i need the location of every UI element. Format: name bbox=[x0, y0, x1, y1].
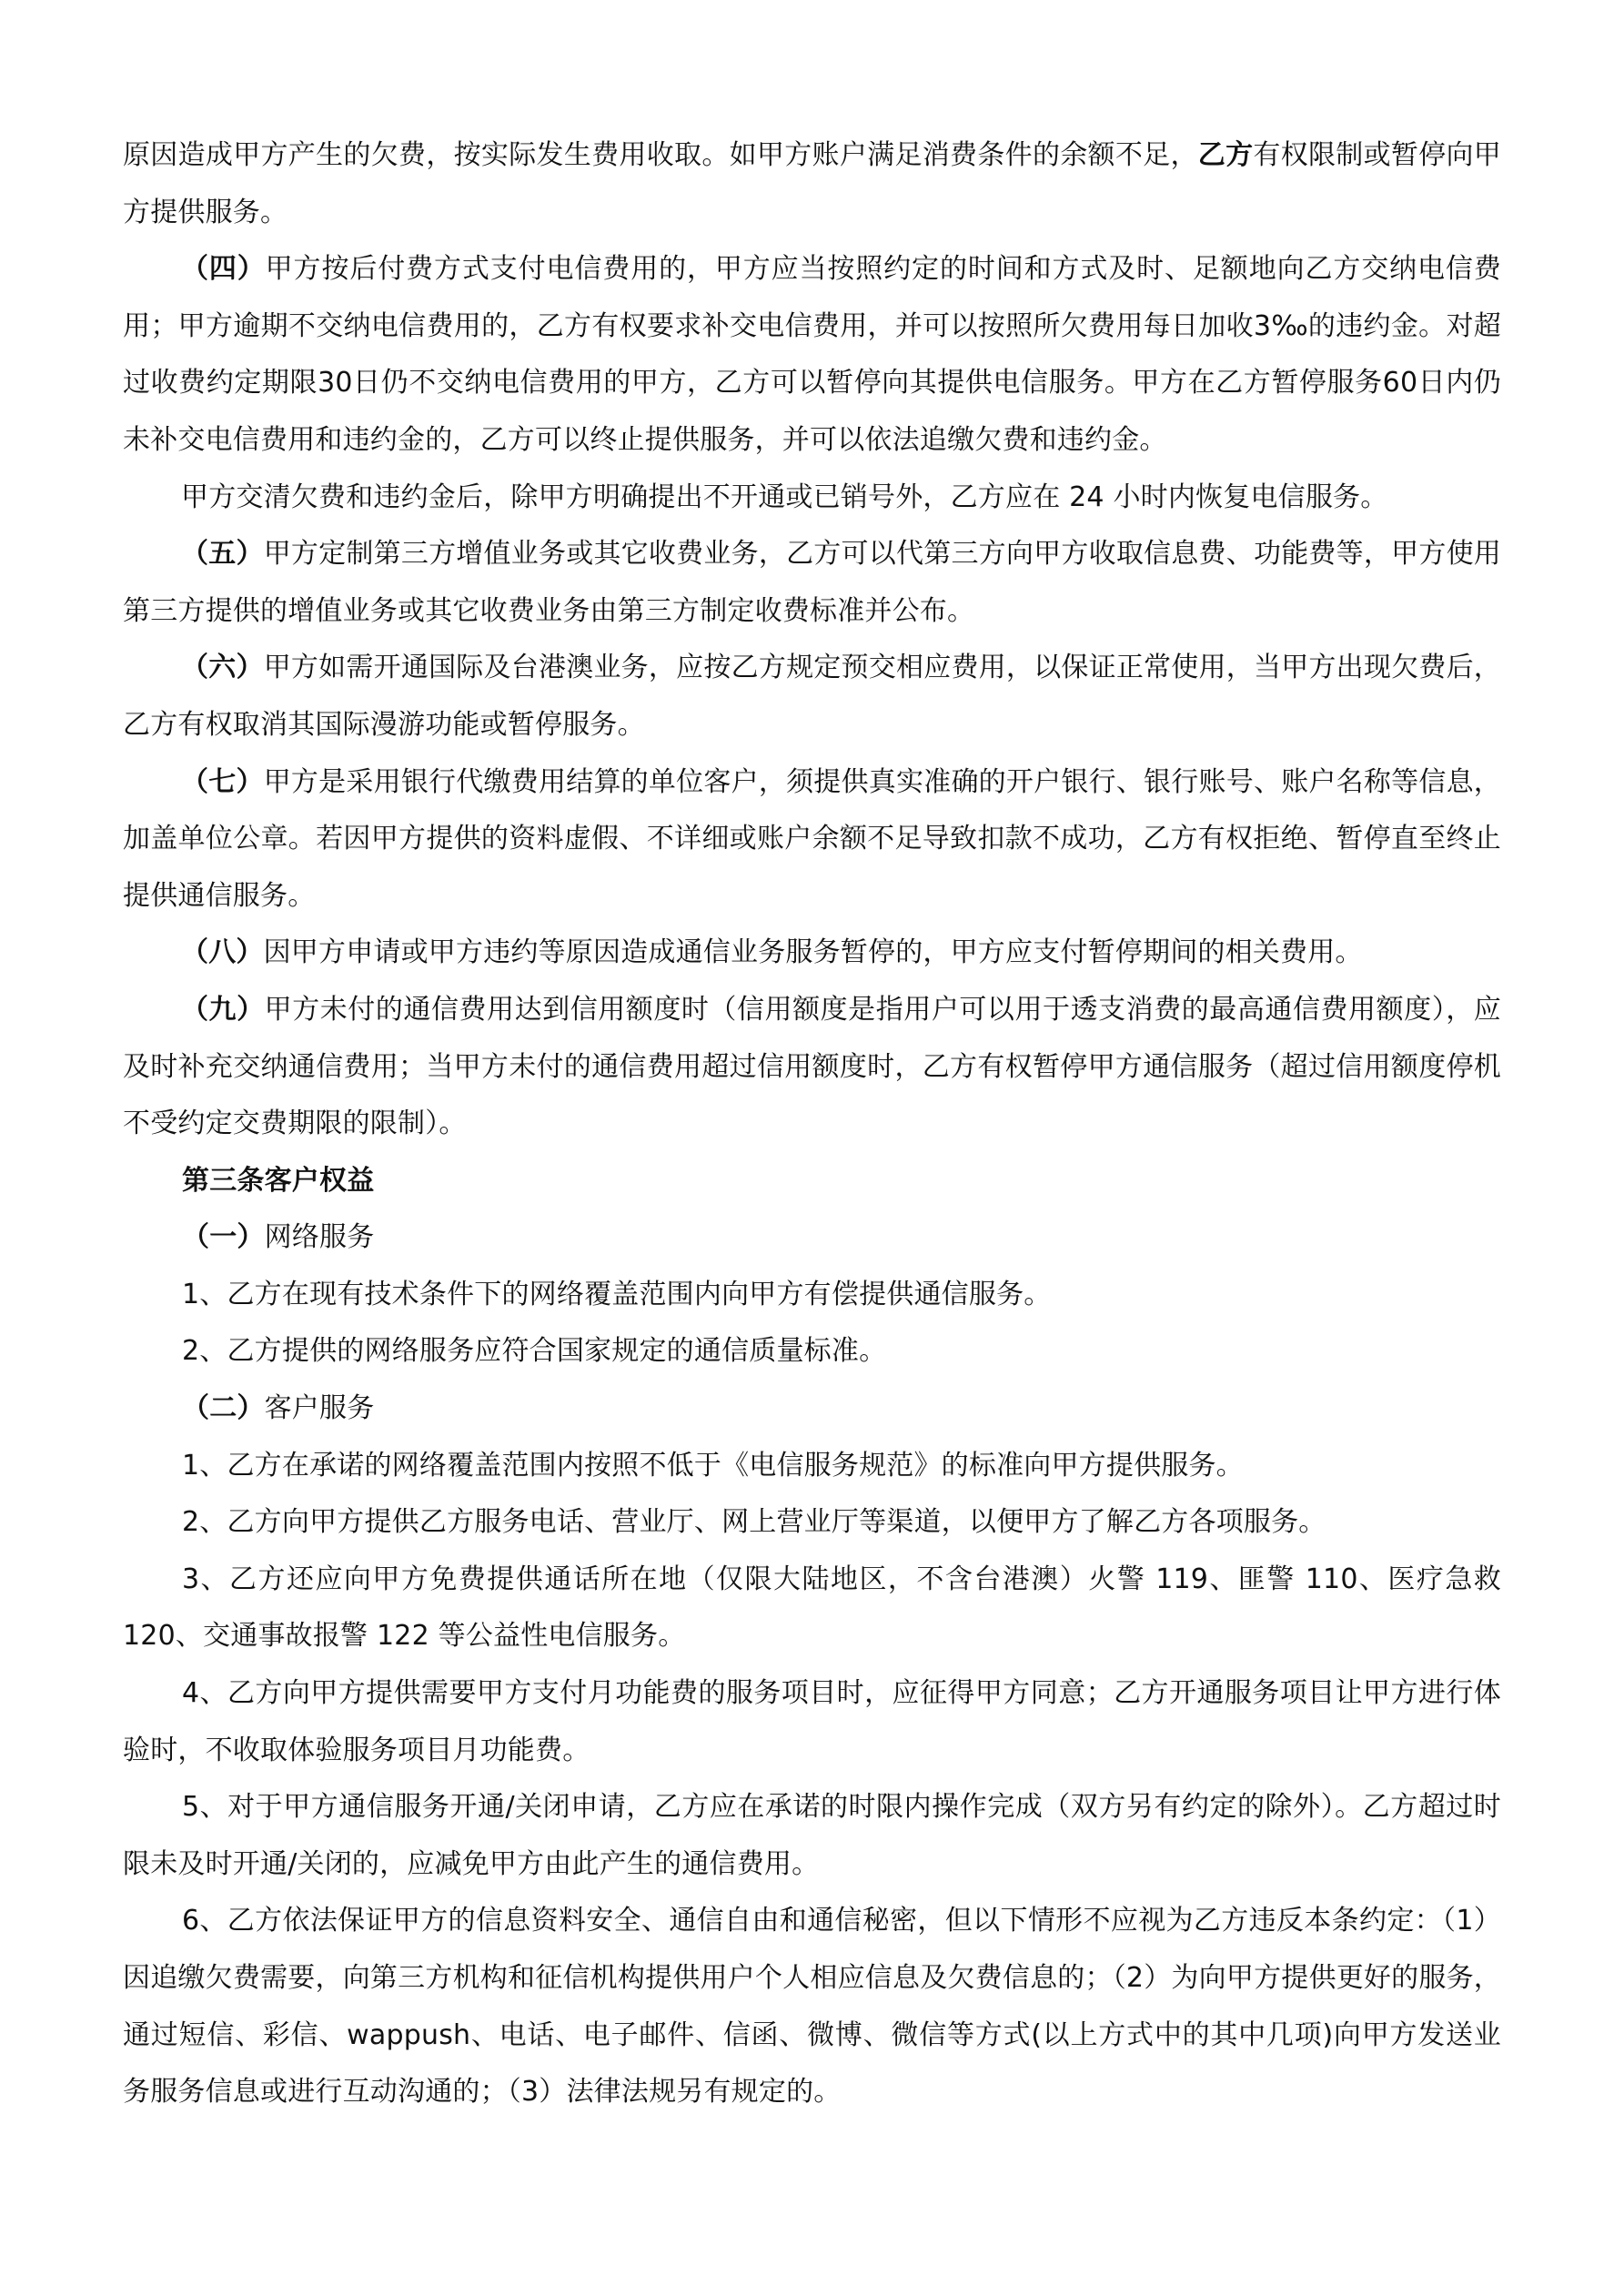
subsection-customer-service: （二）客户服务 bbox=[123, 1381, 1501, 1438]
subsection-network-service: （一）网络服务 bbox=[123, 1209, 1501, 1267]
list-item: 1、乙方在现有技术条件下的网络覆盖范围内向甲方有偿提供通信服务。 bbox=[123, 1267, 1501, 1324]
list-item: 5、对于甲方通信服务开通/关闭申请，乙方应在承诺的时限内操作完成（双方另有约定的… bbox=[123, 1779, 1501, 1893]
clause-text: 甲方定制第三方增值业务或其它收费业务，乙方可以代第三方向甲方收取信息费、功能费等… bbox=[123, 538, 1501, 627]
paragraph-overdue-continuation: 原因造成甲方产生的欠费，按实际发生费用收取。如甲方账户满足消费条件的余额不足，乙… bbox=[123, 127, 1501, 241]
clause-text: 甲方按后付费方式支付电信费用的，甲方应当按照约定的时间和方式及时、足额地向乙方交… bbox=[123, 253, 1501, 456]
clause-label: （八） bbox=[181, 936, 264, 968]
clause-7-bank-payment: （七）甲方是采用银行代缴费用结算的单位客户，须提供真实准确的开户银行、银行账号、… bbox=[123, 754, 1501, 925]
paragraph-service-restore: 甲方交清欠费和违约金后，除甲方明确提出不开通或已销号外，乙方应在 24 小时内恢… bbox=[123, 470, 1501, 527]
clause-text: 甲方如需开通国际及台港澳业务，应按乙方规定预交相应费用，以保证正常使用，当甲方出… bbox=[123, 652, 1501, 741]
clause-label: （九） bbox=[181, 994, 265, 1026]
clause-6-international: （六）甲方如需开通国际及台港澳业务，应按乙方规定预交相应费用，以保证正常使用，当… bbox=[123, 640, 1501, 754]
clause-9-credit-limit: （九）甲方未付的通信费用达到信用额度时（信用额度是指用户可以用于透支消费的最高通… bbox=[123, 982, 1501, 1153]
clause-5-third-party: （五）甲方定制第三方增值业务或其它收费业务，乙方可以代第三方向甲方收取信息费、功… bbox=[123, 526, 1501, 640]
subsection-label: （一） bbox=[182, 1221, 265, 1253]
paragraph-text: 甲方交清欠费和违约金后，除甲方明确提出不开通或已销号外，乙方应在 24 小时内恢… bbox=[181, 481, 1387, 513]
clause-text: 因甲方申请或甲方违约等原因造成通信业务服务暂停的，甲方应支付暂停期间的相关费用。 bbox=[264, 936, 1363, 968]
clause-text: 甲方未付的通信费用达到信用额度时（信用额度是指用户可以用于透支消费的最高通信费用… bbox=[123, 994, 1501, 1139]
list-item: 6、乙方依法保证甲方的信息资料安全、通信自由和通信秘密，但以下情形不应视为乙方违… bbox=[123, 1893, 1501, 2120]
list-item: 2、乙方提供的网络服务应符合国家规定的通信质量标准。 bbox=[123, 1323, 1501, 1381]
list-item: 2、乙方向甲方提供乙方服务电话、营业厅、网上营业厅等渠道，以便甲方了解乙方各项服… bbox=[123, 1494, 1501, 1552]
text-segment: 原因造成甲方产生的欠费，按实际发生费用收取。如甲方账户满足消费条件的余额不足， bbox=[123, 139, 1198, 171]
subsection-title: 客户服务 bbox=[265, 1392, 375, 1424]
list-item: 4、乙方向甲方提供需要甲方支付月功能费的服务项目时，应征得甲方同意；乙方开通服务… bbox=[123, 1665, 1501, 1779]
clause-label: （五） bbox=[181, 538, 264, 570]
clause-label: （四） bbox=[181, 253, 266, 285]
clause-label: （六） bbox=[181, 652, 264, 683]
subsection-label: （二） bbox=[182, 1392, 265, 1424]
document-page: 原因造成甲方产生的欠费，按实际发生费用收取。如甲方账户满足消费条件的余额不足，乙… bbox=[123, 127, 1501, 2121]
subsection-title: 网络服务 bbox=[265, 1221, 375, 1253]
clause-label: （七） bbox=[181, 766, 264, 798]
list-item: 1、乙方在承诺的网络覆盖范围内按照不低于《电信服务规范》的标准向甲方提供服务。 bbox=[123, 1438, 1501, 1495]
clause-8-suspension-fees: （八）因甲方申请或甲方违约等原因造成通信业务服务暂停的，甲方应支付暂停期间的相关… bbox=[123, 925, 1501, 982]
party-b-emphasis: 乙方 bbox=[1198, 139, 1254, 171]
clause-text: 甲方是采用银行代缴费用结算的单位客户，须提供真实准确的开户银行、银行账号、账户名… bbox=[123, 766, 1501, 912]
clause-4-postpaid: （四）甲方按后付费方式支付电信费用的，甲方应当按照约定的时间和方式及时、足额地向… bbox=[123, 241, 1501, 469]
section-3-title: 第三条客户权益 bbox=[123, 1153, 1501, 1210]
list-item: 3、乙方还应向甲方免费提供通话所在地（仅限大陆地区，不含台港澳）火警 119、匪… bbox=[123, 1552, 1501, 1665]
